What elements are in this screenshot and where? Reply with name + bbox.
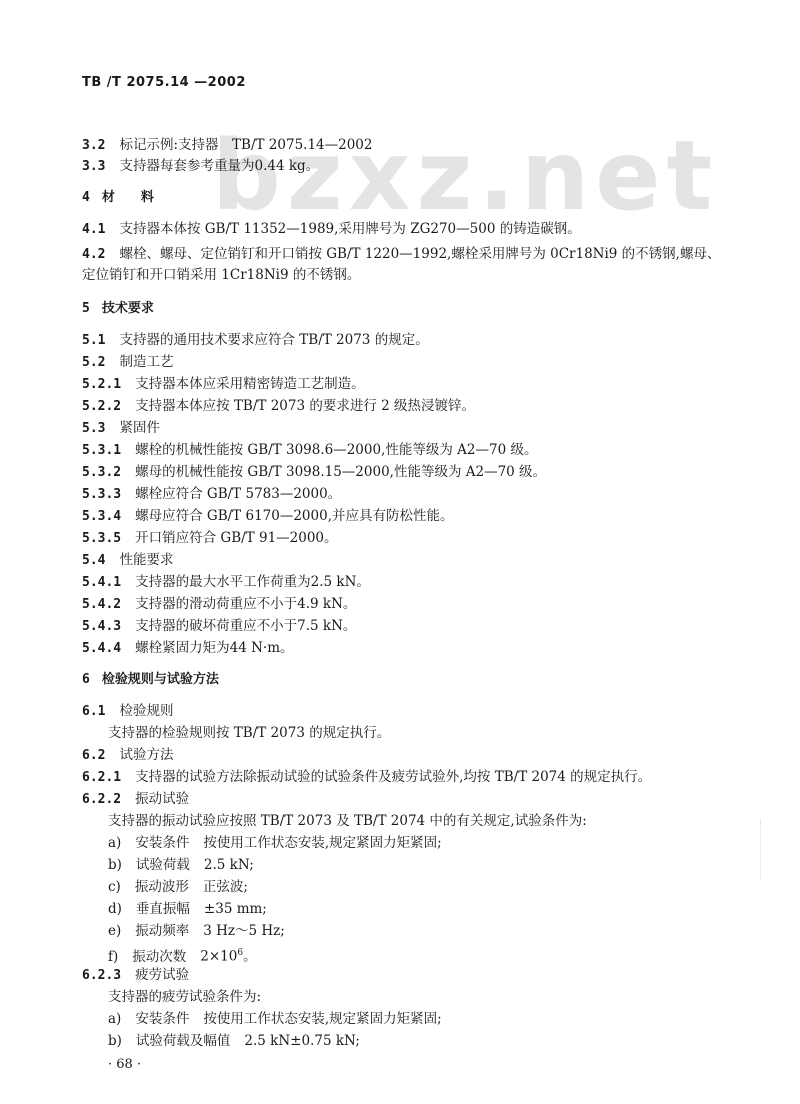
clause-4-2-continuation: 定位销钉和开口销采用 1Cr18Ni9 的不锈钢。 (82, 266, 360, 284)
clause-5-3-3: 5.3.3螺栓应符合 GB/T 5783—2000。 (82, 485, 341, 504)
clause-number: 5.4.4 (82, 640, 121, 658)
clause-text: 疲劳试验 (135, 967, 189, 983)
clause-5-4-2: 5.4.2支持器的滑动荷重应不小于4.9 kN。 (82, 595, 356, 614)
clause-5-2-1: 5.2.1支持器本体应采用精密铸造工艺制造。 (82, 375, 365, 394)
clause-5-3-5: 5.3.5开口销应符合 GB/T 91—2000。 (82, 529, 338, 548)
page-number: · 68 · (108, 1056, 141, 1074)
list-item-label: b) (108, 1032, 122, 1050)
clause-number: 6.1 (82, 703, 105, 721)
clause-number: 6.2 (82, 747, 105, 765)
list-item: c)振动波形正弦波; (108, 878, 248, 896)
clause-number: 3.3 (82, 158, 105, 176)
list-item: a)安装条件按使用工作状态安装,规定紧固力矩紧固; (108, 834, 442, 852)
clause-text: 支持器的试验方法除振动试验的试验条件及疲劳试验外,均按 TB/T 2074 的规… (135, 769, 651, 785)
clause-number: 6.2.3 (82, 967, 121, 985)
clause-text: 支持器每套参考重量为0.44 kg。 (119, 158, 319, 174)
list-item-key: 安装条件 (135, 1010, 189, 1028)
clause-4-2: 4.2螺栓、螺母、定位销钉和开口销按 GB/T 1220—1992,螺栓采用牌号… (82, 245, 720, 264)
clause-text: 支持器本体应采用精密铸造工艺制造。 (135, 376, 365, 392)
list-item-label: a) (108, 834, 121, 852)
list-item-value: 2.5 kN; (204, 857, 254, 873)
clause-number: 5.4.2 (82, 596, 121, 614)
scan-edge-artifact (760, 820, 763, 880)
clause-number: 5.3.2 (82, 464, 121, 482)
clause-text: 支持器本体按 GB/T 11352—1989,采用牌号为 ZG270—500 的… (119, 221, 580, 237)
clause-number: 3.2 (82, 137, 105, 155)
list-item: f)振动次数2×106。 (108, 944, 257, 966)
section-title: 技术要求 (102, 301, 154, 316)
list-item-value: 2.5 kN±0.75 kN; (244, 1033, 359, 1049)
list-item-key: 安装条件 (135, 834, 189, 852)
clause-number: 5.2.1 (82, 376, 121, 394)
running-header: TB /T 2075.14 —2002 (82, 74, 246, 92)
list-item-label: a) (108, 1010, 121, 1028)
list-item-label: d) (108, 900, 122, 918)
clause-text: 检验规则 (119, 703, 173, 719)
list-item-value: 按使用工作状态安装,规定紧固力矩紧固; (203, 1011, 441, 1027)
clause-6-2-2: 6.2.2振动试验 (82, 790, 189, 809)
list-item: e)振动频率3 Hz～5 Hz; (108, 922, 285, 940)
list-item-key: 垂直振幅 (136, 900, 190, 918)
clause-text: 螺母的机械性能按 GB/T 3098.15—2000,性能等级为 A2—70 级… (135, 464, 546, 480)
clause-number: 5.2 (82, 354, 105, 372)
clause-number: 5.3 (82, 420, 105, 438)
clause-number: 4.2 (82, 246, 105, 264)
clause-text: 试验方法 (119, 747, 173, 763)
section-number: 5 (82, 300, 90, 318)
list-item-label: f) (108, 948, 118, 966)
list-item-value: 按使用工作状态安装,规定紧固力矩紧固; (203, 835, 441, 851)
clause-number: 6.2.1 (82, 769, 121, 787)
clause-text: 支持器的最大水平工作荷重为2.5 kN。 (135, 574, 370, 590)
clause-text: 标记示例:支持器 TB/T 2075.14—2002 (119, 137, 372, 153)
list-item-value: ±35 mm; (204, 901, 267, 917)
section-number: 4 (82, 189, 90, 207)
clause-5-1: 5.1支持器的通用技术要求应符合 TB/T 2073 的规定。 (82, 331, 429, 350)
section-heading-6: 6检验规则与试验方法 (82, 671, 219, 689)
clause-3-3: 3.3支持器每套参考重量为0.44 kg。 (82, 157, 319, 176)
clause-text: 螺母应符合 GB/T 6170—2000,并应具有防松性能。 (135, 508, 453, 524)
clause-number: 5.3.5 (82, 530, 121, 548)
clause-number: 5.3.1 (82, 442, 121, 460)
clause-text: 支持器的破坏荷重应不小于7.5 kN。 (135, 618, 356, 634)
clause-number: 5.3.3 (82, 486, 121, 504)
clause-3-2: 3.2标记示例:支持器 TB/T 2075.14—2002 (82, 136, 372, 155)
clause-5-4-3: 5.4.3支持器的破坏荷重应不小于7.5 kN。 (82, 617, 356, 636)
list-item-value: 2×10 (200, 949, 237, 965)
section-title: 检验规则与试验方法 (102, 672, 219, 687)
clause-text: 螺栓的机械性能按 GB/T 3098.6—2000,性能等级为 A2—70 级。 (135, 442, 537, 458)
clause-5-3-1: 5.3.1螺栓的机械性能按 GB/T 3098.6—2000,性能等级为 A2—… (82, 441, 537, 460)
clause-text: 紧固件 (119, 420, 160, 436)
list-item: b)试验荷载及幅值2.5 kN±0.75 kN; (108, 1032, 360, 1050)
clause-6-1: 6.1检验规则 (82, 702, 173, 721)
clause-text: 振动试验 (135, 791, 189, 807)
clause-text: 支持器本体应按 TB/T 2073 的要求进行 2 级热浸镀锌。 (135, 398, 475, 414)
clause-text: 性能要求 (119, 552, 173, 568)
clause-6-1-body: 支持器的检验规则按 TB/T 2073 的规定执行。 (108, 724, 390, 742)
section-heading-5: 5技术要求 (82, 300, 154, 318)
clause-6-2-3-body: 支持器的疲劳试验条件为: (108, 988, 261, 1006)
clause-text: 螺栓、螺母、定位销钉和开口销按 GB/T 1220—1992,螺栓采用牌号为 0… (119, 246, 720, 262)
list-item-key: 振动波形 (135, 878, 189, 896)
list-item-label: c) (108, 878, 121, 896)
list-item-label: e) (108, 922, 121, 940)
section-heading-4: 4材 料 (82, 189, 154, 207)
list-item-value: 正弦波; (203, 879, 248, 895)
clause-number: 5.3.4 (82, 508, 121, 526)
list-item-suffix: 。 (243, 949, 257, 965)
list-item: d)垂直振幅±35 mm; (108, 900, 267, 918)
clause-text: 支持器的滑动荷重应不小于4.9 kN。 (135, 596, 356, 612)
clause-6-2-1: 6.2.1支持器的试验方法除振动试验的试验条件及疲劳试验外,均按 TB/T 20… (82, 768, 651, 787)
document-page: bzxz.net TB /T 2075.14 —2002 3.2标记示例:支持器… (0, 0, 800, 1104)
clause-text: 螺栓紧固力矩为44 N·m。 (135, 640, 293, 656)
clause-number: 5.4 (82, 552, 105, 570)
clause-5-3: 5.3紧固件 (82, 419, 160, 438)
clause-6-2-2-body: 支持器的振动试验应按照 TB/T 2073 及 TB/T 2074 中的有关规定… (108, 812, 587, 830)
clause-text: 支持器的通用技术要求应符合 TB/T 2073 的规定。 (119, 332, 428, 348)
clause-6-2-3: 6.2.3疲劳试验 (82, 966, 189, 985)
clause-text: 制造工艺 (119, 354, 173, 370)
list-item: b)试验荷载2.5 kN; (108, 856, 254, 874)
clause-4-1: 4.1支持器本体按 GB/T 11352—1989,采用牌号为 ZG270—50… (82, 220, 581, 239)
clause-text: 开口销应符合 GB/T 91—2000。 (135, 530, 337, 546)
clause-text: 螺栓应符合 GB/T 5783—2000。 (135, 486, 341, 502)
list-item: a)安装条件按使用工作状态安装,规定紧固力矩紧固; (108, 1010, 442, 1028)
list-item-key: 试验荷载及幅值 (136, 1032, 231, 1050)
section-number: 6 (82, 671, 90, 689)
list-item-key: 试验荷载 (136, 856, 190, 874)
list-item-key: 振动频率 (135, 922, 189, 940)
clause-number: 6.2.2 (82, 791, 121, 809)
list-item-label: b) (108, 856, 122, 874)
section-title: 材 料 (102, 190, 154, 205)
clause-number: 5.2.2 (82, 398, 121, 416)
clause-6-2: 6.2试验方法 (82, 746, 173, 765)
clause-number: 5.1 (82, 332, 105, 350)
clause-5-2-2: 5.2.2支持器本体应按 TB/T 2073 的要求进行 2 级热浸镀锌。 (82, 397, 475, 416)
clause-5-4-4: 5.4.4螺栓紧固力矩为44 N·m。 (82, 639, 294, 658)
clause-number: 5.4.1 (82, 574, 121, 592)
clause-5-4: 5.4性能要求 (82, 551, 173, 570)
clause-5-2: 5.2制造工艺 (82, 353, 173, 372)
clause-5-3-2: 5.3.2螺母的机械性能按 GB/T 3098.15—2000,性能等级为 A2… (82, 463, 546, 482)
list-item-value: 3 Hz～5 Hz; (203, 923, 285, 939)
list-item-key: 振动次数 (132, 948, 186, 966)
clause-5-3-4: 5.3.4螺母应符合 GB/T 6170—2000,并应具有防松性能。 (82, 507, 454, 526)
clause-number: 5.4.3 (82, 618, 121, 636)
clause-number: 4.1 (82, 221, 105, 239)
clause-5-4-1: 5.4.1支持器的最大水平工作荷重为2.5 kN。 (82, 573, 370, 592)
